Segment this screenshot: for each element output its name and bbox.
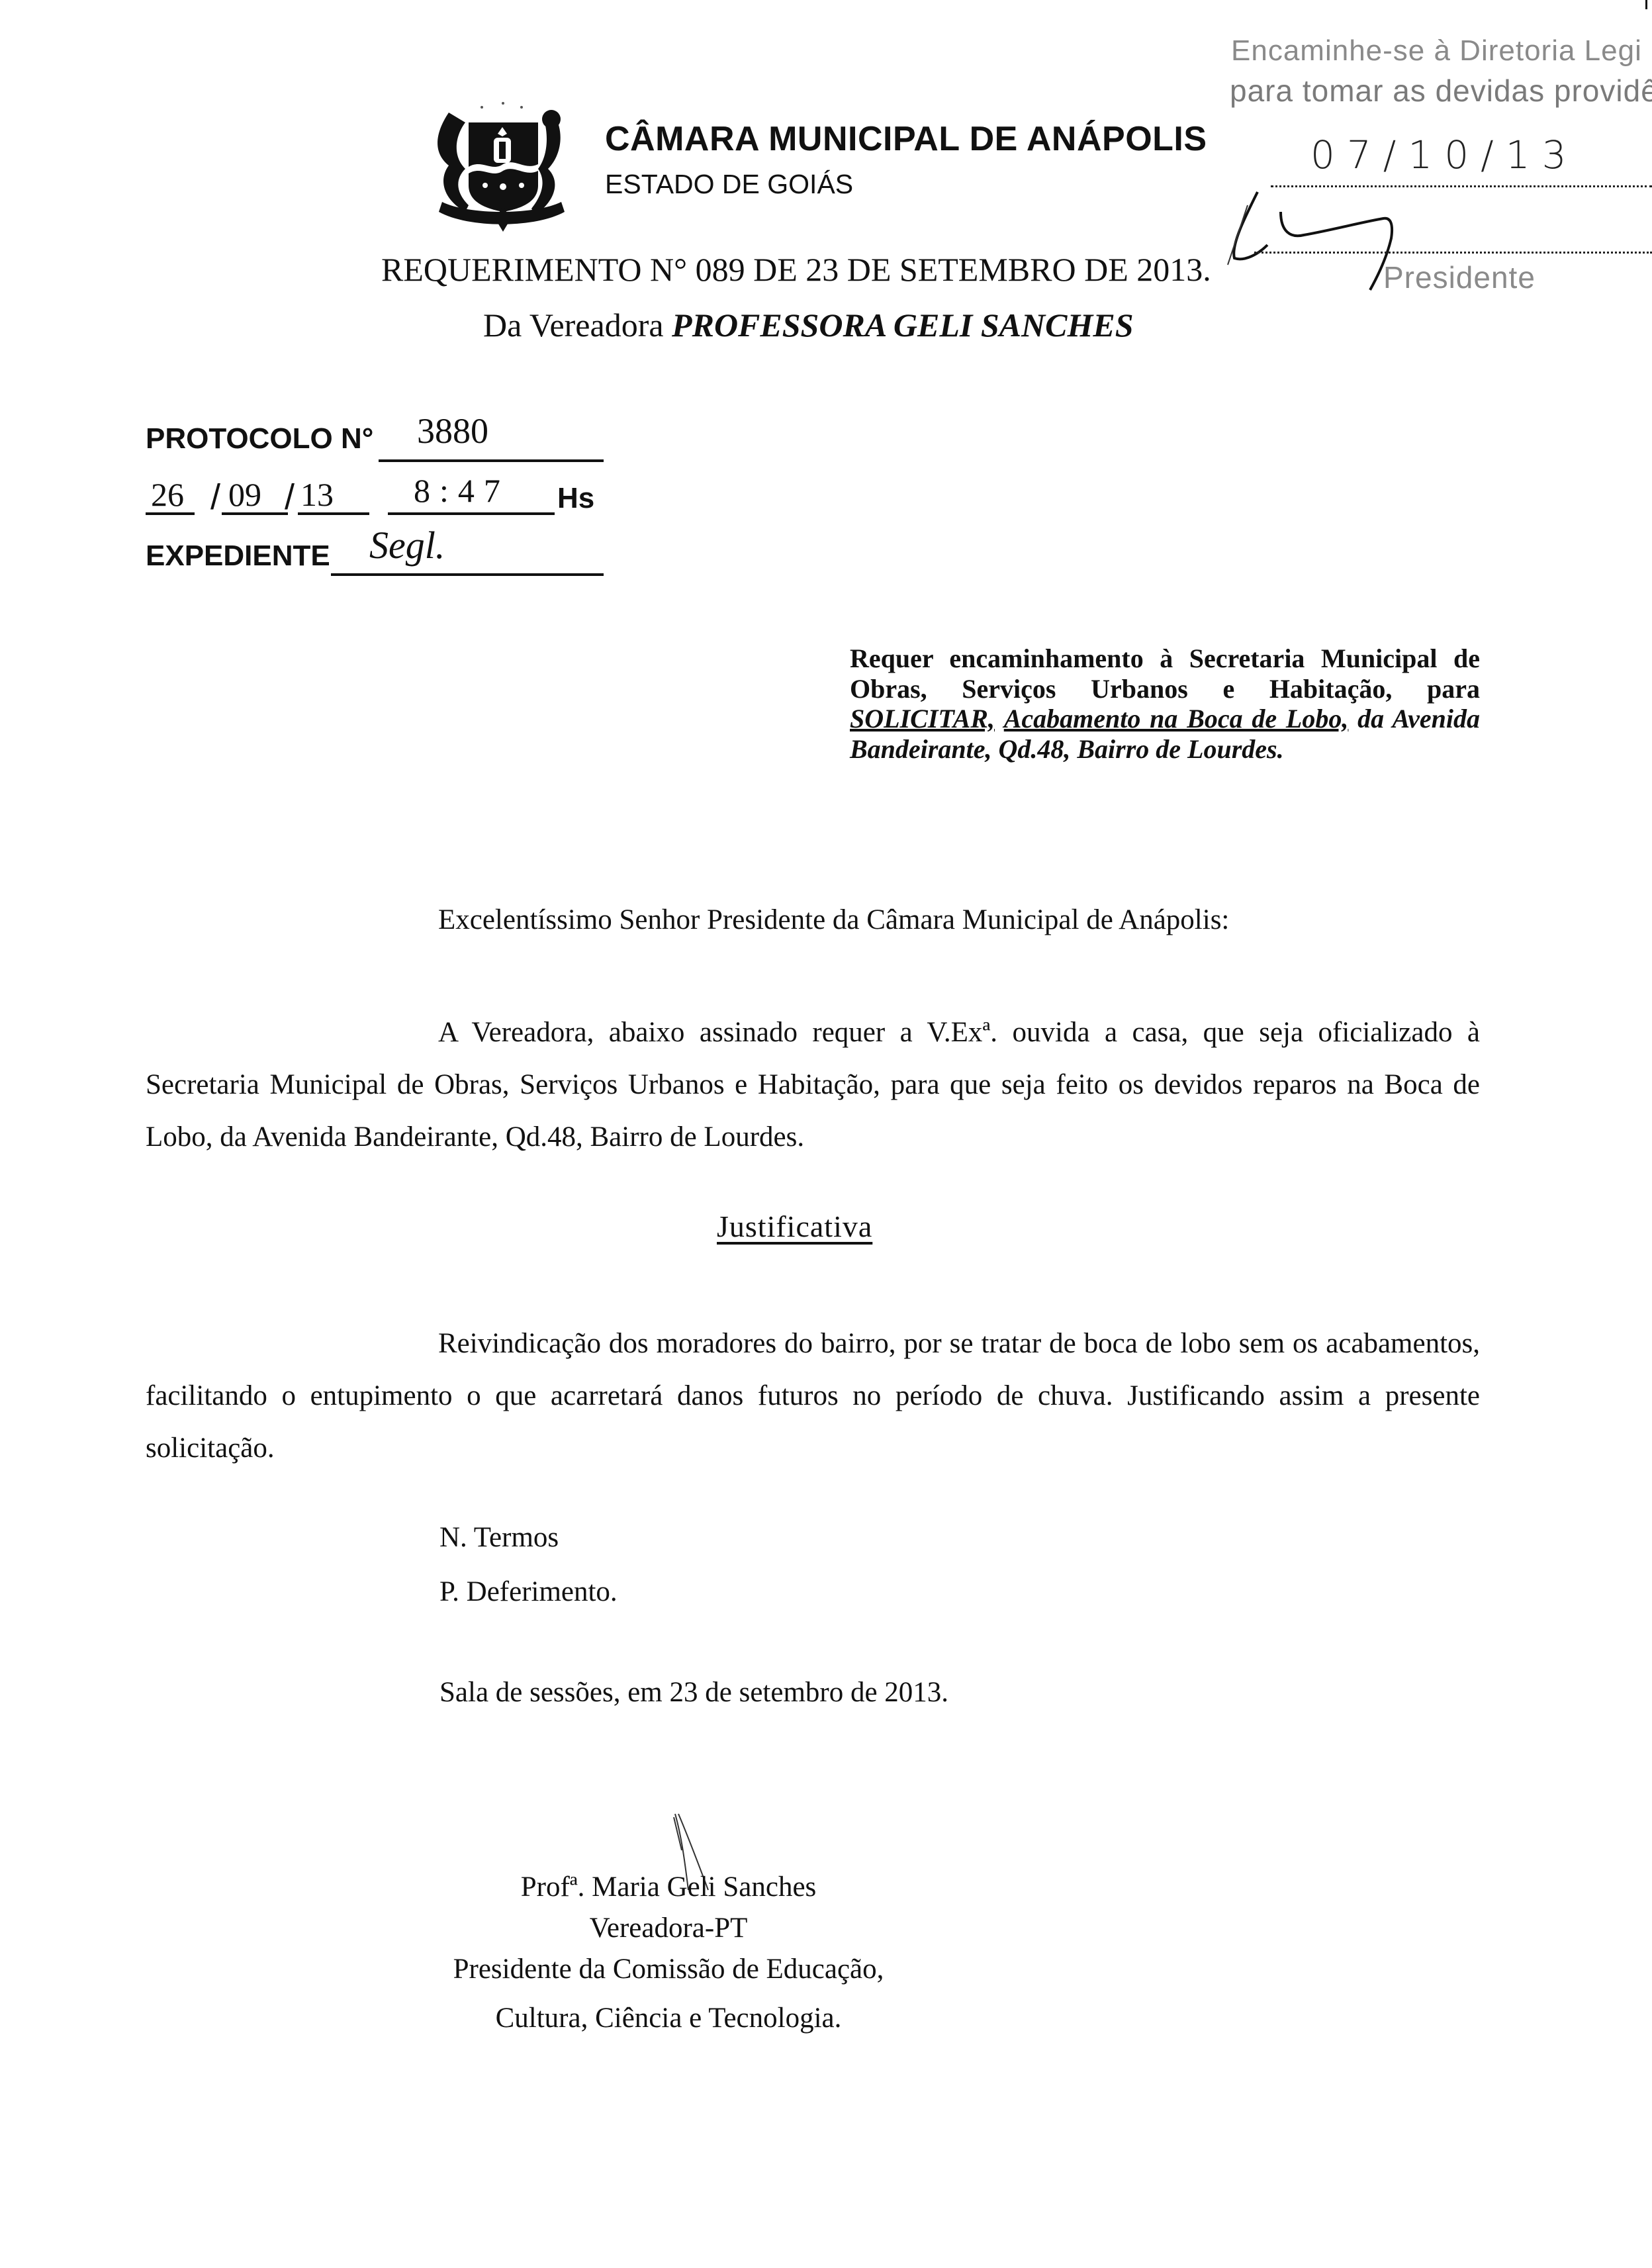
protocol-year: 13: [300, 475, 334, 514]
salutation: Excelentíssimo Senhor Presidente da Câma…: [438, 904, 1229, 936]
date-separator: /: [285, 477, 295, 518]
expediente-handwritten: Segl.: [369, 523, 445, 567]
date-separator: /: [210, 477, 220, 518]
protocol-number-handwritten: 3880: [417, 410, 488, 451]
protocol-time-field: [388, 512, 555, 515]
signer-position-line-2: Cultura, Ciência e Tecnologia.: [371, 1998, 966, 2039]
stamp-president-label: Presidente: [1383, 260, 1536, 295]
document-title: REQUERIMENTO N° 089 DE 23 DE SETEMBRO DE…: [381, 250, 1211, 289]
signer-name: Profª. Maria Geli Sanches: [371, 1867, 966, 1908]
summary-text: Requer encaminhamento à Secretaria Munic…: [850, 643, 1480, 704]
protocol-time: 8:47: [414, 471, 510, 510]
protocol-month: 09: [228, 475, 261, 514]
hours-label: Hs: [557, 482, 594, 515]
protocol-number-field: [379, 459, 604, 462]
dispatch-stamp: Encaminhe-se à Diretoria Legi para tomar…: [1218, 26, 1652, 278]
municipal-coat-of-arms-icon: [429, 93, 574, 238]
signer-position-line-1: Presidente da Comissão de Educação,: [371, 1949, 966, 1990]
stamp-signature-rule: [1254, 252, 1652, 254]
expediente-label: EXPEDIENTE: [146, 540, 330, 573]
justification-paragraph: Reivindicação dos moradores do bairro, p…: [146, 1317, 1480, 1474]
stamp-line-2: para tomar as devidas providê: [1230, 73, 1652, 109]
request-paragraph: A Vereadora, abaixo assinado requer a V.…: [146, 1006, 1480, 1163]
justification-heading: Justificativa: [717, 1209, 872, 1244]
organization-name: CÂMARA MUNICIPAL DE ANÁPOLIS: [605, 119, 1207, 159]
stamp-date: 07/10/13: [1310, 132, 1579, 177]
signer-role: Vereadora-PT: [371, 1908, 966, 1949]
session-date: Sala de sessões, em 23 de setembro de 20…: [439, 1676, 948, 1709]
organization-state: ESTADO DE GOIÁS: [605, 169, 853, 200]
expediente-field: [331, 573, 604, 576]
stamp-line-1: Encaminhe-se à Diretoria Legi: [1231, 34, 1642, 68]
document-author: Da Vereadora PROFESSORA GELI SANCHES: [483, 306, 1134, 344]
closing-deferment: P. Deferimento.: [439, 1576, 618, 1608]
protocol-day: 26: [151, 475, 184, 514]
request-summary: Requer encaminhamento à Secretaria Munic…: [850, 643, 1480, 764]
scan-corner-mark: [1645, 0, 1647, 9]
author-name: PROFESSORA GELI SANCHES: [672, 307, 1134, 344]
closing-terms: N. Termos: [439, 1521, 559, 1554]
summary-solicitar: SOLICITAR,: [850, 704, 995, 733]
protocol-label: PROTOCOLO N°: [146, 422, 373, 455]
signature-block: Profª. Maria Geli Sanches Vereadora-PT P…: [371, 1867, 966, 2039]
author-prefix: Da Vereadora: [483, 307, 672, 344]
summary-subject: Acabamento na Boca de Lobo,: [1004, 704, 1349, 733]
